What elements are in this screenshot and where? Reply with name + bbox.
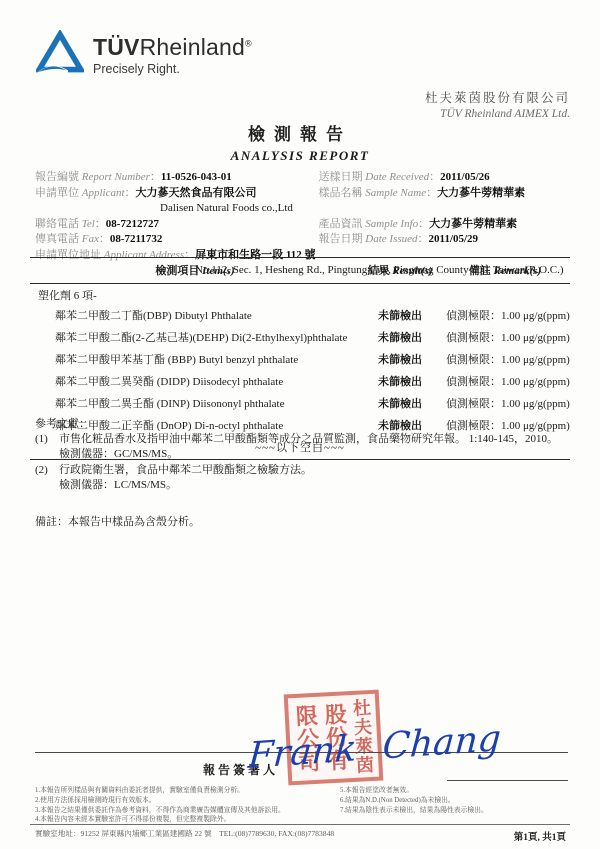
item-cell: 鄰苯二甲酸二酯(2-乙基己基)(DEHP) Di(2-Ethylhexyl)ph… [30, 329, 360, 345]
tuv-triangle-icon [36, 30, 84, 79]
footer-rule [30, 824, 570, 825]
page-number: 第1頁, 共1頁 [514, 829, 566, 843]
fax-label-cn: 傳真電話 [35, 233, 79, 245]
result-cell: 未篩檢出 [360, 329, 440, 345]
test-group-label: 塑化劑 6 項- [30, 284, 570, 304]
tuv-logo: TÜVRheinland® Precisely Right. [36, 30, 252, 79]
table-row: 鄰苯二甲酸二異癸酯 (DIDP) Diisodecyl phthalate 未篩… [30, 370, 570, 392]
logo-text: TÜVRheinland® Precisely Right. [93, 30, 252, 76]
reference-instrument: 檢測儀器：LC/MS/MS。 [35, 478, 570, 493]
signature-underline [447, 780, 568, 781]
fax-value: 08-7211732 [110, 233, 163, 245]
lab-address: 實驗室地址：91252 屏東縣內埔鄉工業區建國路 22 號 TEL:(08)77… [35, 828, 334, 839]
report-number-label-cn: 報告編號 [35, 171, 79, 183]
reference-instrument: 檢測儀器：GC/MS/MS。 [35, 447, 570, 462]
footnote: 2.使用方法係採用檢測時現行有效版本。 [35, 796, 332, 806]
info-row: 傳真電話 Fax：08-7211732 報告日期 Date Issued：201… [35, 232, 570, 248]
remark-cell: 偵測極限：1.00 μg/g(ppm) [440, 395, 570, 411]
footnote: 5.本報告經塗改者無效。 [340, 786, 570, 796]
footnote: 3.本報告之結果僅供委託作為參考資料，不得作為商業廣告媒體宣傳及其他訴訟用。 [35, 806, 332, 816]
sample-info-label-en: Sample Info [365, 218, 418, 230]
reference-text: 行政院衛生署，食品中鄰苯二甲酸酯類之檢驗方法。 [59, 463, 570, 478]
colon: ： [99, 233, 110, 245]
result-cell: 未篩檢出 [360, 395, 440, 411]
remark-cell: 偵測極限：1.00 μg/g(ppm) [440, 307, 570, 323]
references-section: 參考文獻： (1) 市售化粧品香水及指甲油中鄰苯二甲酸酯類等成分之品質監測，食品… [35, 417, 570, 530]
sample-name-label-cn: 樣品名稱 [319, 187, 363, 199]
reference-item: (2) 行政院衛生署，食品中鄰苯二甲酸酯類之檢驗方法。 [35, 463, 570, 478]
applicant-value-cn: 大力蔘天然食品有限公司 [136, 187, 257, 199]
signature-first-name: Frank [247, 728, 358, 777]
colon: ： [150, 171, 161, 183]
applicant-label-en: Applicant [82, 187, 125, 199]
date-received-value: 2011/05/26 [440, 171, 490, 183]
sample-info-value: 大力蔘牛蒡精華素 [429, 218, 517, 230]
table-header-row: 檢測項目 Item(s) 結果 Result(s) 備註 Remark(s) [30, 258, 570, 283]
report-title: 檢測報告 ANALYSIS REPORT [0, 120, 600, 164]
report-number-label-en: Report Number [82, 171, 150, 183]
sample-name-label-en: Sample Name [365, 187, 426, 199]
colon: ： [429, 171, 440, 183]
footnotes-section: 1.本報告所列樣品與有關資料由委託者提供，實驗室僅負責檢測分析。 2.使用方法係… [35, 786, 570, 825]
remark-cell: 偵測極限：1.00 μg/g(ppm) [440, 351, 570, 367]
footnotes-right-column: 5.本報告經塗改者無效。 6.結果為N.D.(Non Detected)為未檢出… [340, 786, 570, 825]
tel-label-en: Tel [82, 218, 95, 230]
footnote: 6.結果為N.D.(Non Detected)為未檢出。 [340, 796, 570, 806]
applicant-value-en: Dalisen Natural Foods co.,Ltd [160, 202, 293, 214]
remark-cell: 偵測極限：1.00 μg/g(ppm) [440, 329, 570, 345]
issuing-company-cn: 杜夫萊茵股份有限公司 [425, 88, 570, 106]
result-cell: 未篩檢出 [360, 307, 440, 323]
reference-item: (1) 市售化粧品香水及指甲油中鄰苯二甲酸酯類等成分之品質監測，食品藥物研究年報… [35, 432, 570, 447]
fax-label-en: Fax [82, 233, 99, 245]
result-cell: 未篩檢出 [360, 373, 440, 389]
info-row: 報告編號 Report Number：11-0526-043-01 送樣日期 D… [35, 170, 570, 186]
registered-mark-icon: ® [245, 38, 252, 48]
footnote: 7.結果為陰性表示未檢出，結果為陽性表示檢出。 [340, 806, 570, 816]
footnote: 1.本報告所列樣品與有關資料由委託者提供，實驗室僅負責檢測分析。 [35, 786, 332, 796]
colon: ： [418, 218, 429, 230]
date-received-label-cn: 送樣日期 [319, 171, 363, 183]
issuing-company-en: TÜV Rheinland AIMEX Ltd. [425, 108, 570, 120]
colon: ： [426, 187, 437, 199]
references-title: 參考文獻： [35, 417, 570, 432]
report-number-value: 11-0526-043-01 [161, 171, 232, 183]
colon: ： [125, 187, 136, 199]
item-cell: 鄰苯二甲酸二異壬酯 (DINP) Diisononyl phthalate [30, 395, 360, 411]
item-column-header: 檢測項目 Item(s) [30, 262, 360, 278]
result-column-header: 結果 Result(s) [360, 262, 440, 278]
applicant-label-cn: 申請單位 [35, 187, 79, 199]
reference-number: (1) [35, 432, 59, 447]
table-row: 鄰苯二甲酸二酯(2-乙基己基)(DEHP) Di(2-Ethylhexyl)ph… [30, 326, 570, 348]
colon: ： [95, 218, 106, 230]
remark-column-header: 備註 Remark(s) [440, 262, 570, 278]
report-title-cn: 檢測報告 [0, 120, 600, 145]
result-cell: 未篩檢出 [360, 351, 440, 367]
logo-tuv-text: TÜV [93, 34, 140, 60]
table-row: 鄰苯二甲酸二丁酯(DBP) Dibutyl Phthalate 未篩檢出 偵測極… [30, 304, 570, 326]
reference-number: (2) [35, 463, 59, 478]
remark-cell: 偵測極限：1.00 μg/g(ppm) [440, 373, 570, 389]
item-cell: 鄰苯二甲酸二丁酯(DBP) Dibutyl Phthalate [30, 307, 360, 323]
signature-last-name: Chang [381, 718, 502, 768]
report-title-en: ANALYSIS REPORT [0, 148, 600, 164]
date-issued-label-cn: 報告日期 [319, 233, 363, 245]
table-row: 鄰苯二甲酸二異壬酯 (DINP) Diisononyl phthalate 未篩… [30, 392, 570, 414]
info-row: 聯絡電話 Tel：08-7212727 產品資訊 Sample Info：大力蔘… [35, 217, 570, 233]
date-issued-value: 2011/05/29 [429, 233, 479, 245]
sample-analysis-remark: 備註：本報告中樣品為含殼分析。 [35, 515, 570, 530]
logo-rheinland-text: Rheinland [140, 34, 245, 60]
date-issued-label-en: Date Issued [365, 233, 417, 245]
sample-name-value: 大力蔘牛蒡精華素 [437, 187, 525, 199]
tel-label-cn: 聯絡電話 [35, 218, 79, 230]
item-cell: 鄰苯二甲酸甲苯基丁酯 (BBP) Butyl benzyl phthalate [30, 351, 360, 367]
item-cell: 鄰苯二甲酸二異癸酯 (DIDP) Diisodecyl phthalate [30, 373, 360, 389]
reference-text: 市售化粧品香水及指甲油中鄰苯二甲酸酯類等成分之品質監測，食品藥物研究年報。 1:… [59, 432, 570, 447]
info-row: 申請單位 Applicant：大力蔘天然食品有限公司 樣品名稱 Sample N… [35, 186, 570, 202]
issuing-company-block: 杜夫萊茵股份有限公司 TÜV Rheinland AIMEX Ltd. [425, 88, 570, 120]
footnotes-left-column: 1.本報告所列樣品與有關資料由委託者提供，實驗室僅負責檢測分析。 2.使用方法係… [35, 786, 340, 825]
colon: ： [418, 233, 429, 245]
date-received-label-en: Date Received [365, 171, 429, 183]
logo-tagline: Precisely Right. [93, 62, 252, 76]
sample-info-label-cn: 產品資訊 [319, 218, 363, 230]
tel-value: 08-7212727 [106, 218, 159, 230]
table-row: 鄰苯二甲酸甲苯基丁酯 (BBP) Butyl benzyl phthalate … [30, 348, 570, 370]
info-row: Dalisen Natural Foods co.,Ltd [35, 201, 570, 217]
